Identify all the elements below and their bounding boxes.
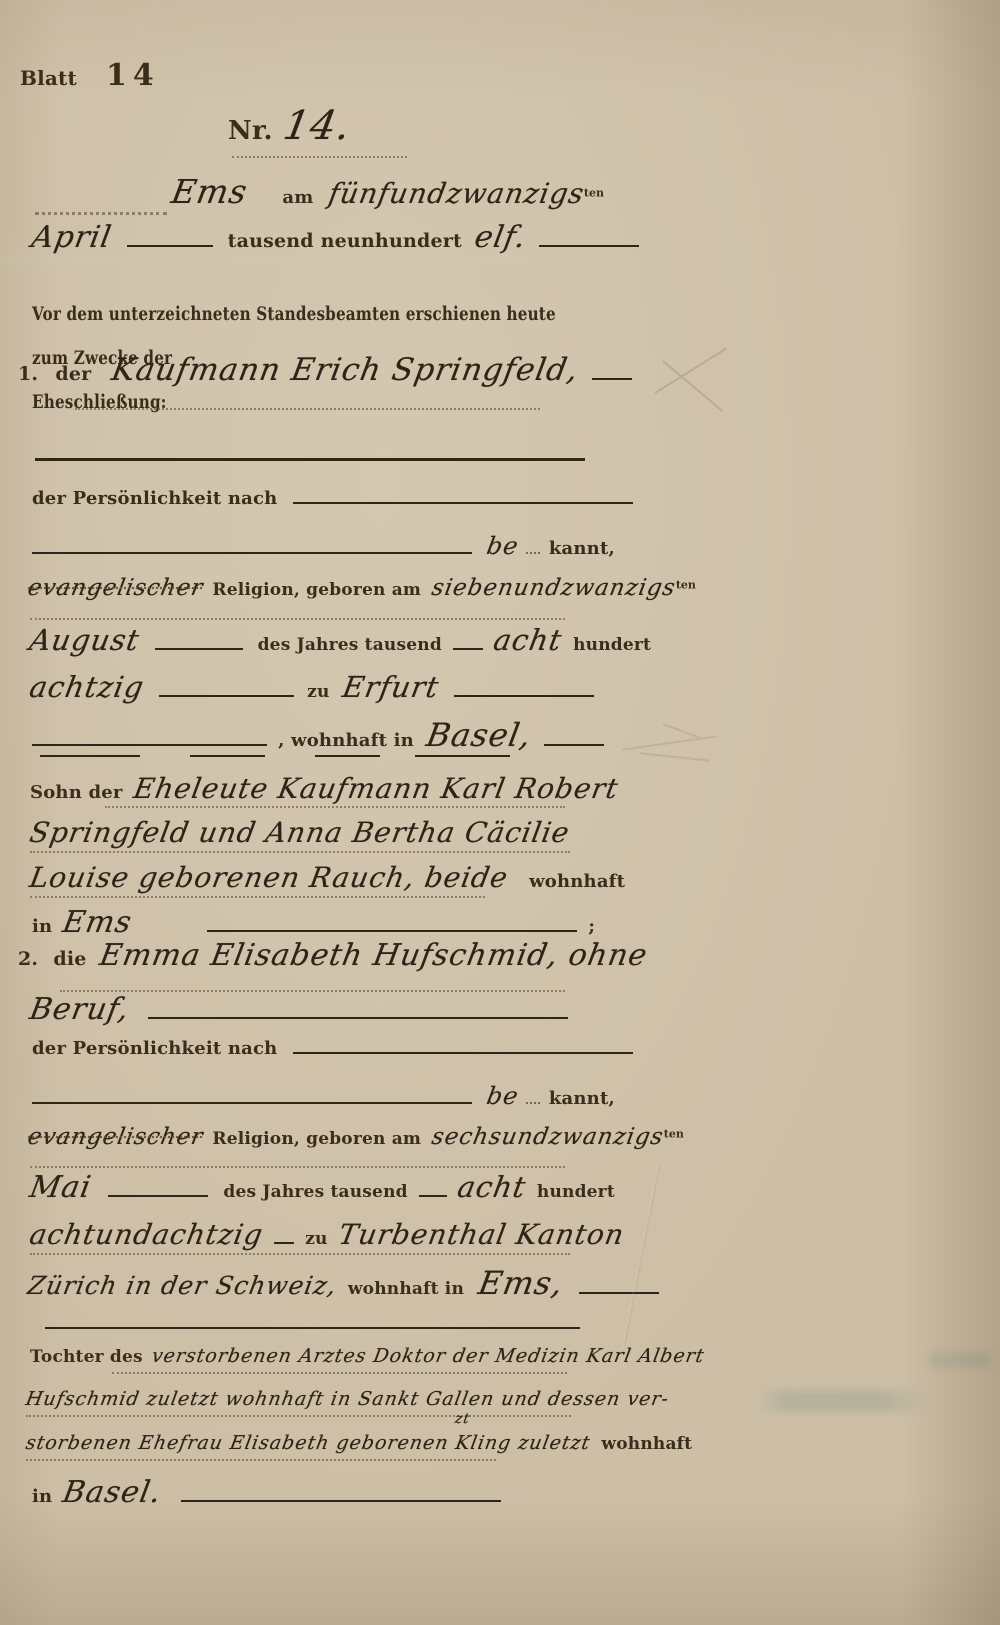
groom-religion: evangelischer: [26, 575, 206, 601]
wohnhaft-label: wohnhaft: [529, 871, 625, 892]
bride-century: acht: [455, 1170, 529, 1204]
blank-rule: [35, 458, 585, 461]
groom-birth-place-line: achtzig zu Erfurt: [30, 670, 594, 704]
insertion-mark-line: zt: [455, 1408, 470, 1427]
tochter-label: Tochter des: [30, 1347, 143, 1367]
ordinal-suffix: ten: [664, 1128, 684, 1141]
ink-bleedthrough: [755, 1390, 925, 1412]
be-hand: be: [485, 1082, 522, 1110]
bride-parents-1: verstorbenen Arztes Doktor der Medizin K…: [150, 1345, 706, 1367]
insertion-mark: zt: [454, 1411, 472, 1427]
date-line-1: Ems am fünfundzwanzigsten: [172, 172, 604, 211]
blank-rule: [108, 1193, 208, 1197]
leader-dots: [35, 212, 167, 215]
groom-article: der: [55, 363, 91, 385]
blank-rule: [315, 755, 380, 757]
bride-parents-3: storbenen Ehefrau Elisabeth geborenen Kl…: [24, 1432, 592, 1454]
blank-rule: [454, 693, 594, 697]
blank-rule: [293, 500, 633, 504]
blank-rule: [32, 550, 472, 554]
leader-dots: [30, 618, 565, 620]
blank-rule: [415, 755, 510, 757]
year-label: des Jahres tausend: [223, 1182, 407, 1202]
bride-occupation-line: Beruf,: [30, 992, 568, 1027]
paper-crease: [622, 1163, 660, 1345]
sheet-header: Blatt 14: [20, 58, 160, 93]
bride-residence: Ems,: [476, 1264, 567, 1302]
groom-parents-line-1: Sohn der Eheleute Kaufmann Karl Robert: [30, 772, 618, 805]
nr-value: 14.: [280, 103, 355, 149]
blank-rule: [40, 755, 140, 757]
blank-rule: [32, 742, 267, 746]
bride-bekannt-line: be kannt,: [32, 1082, 615, 1110]
bride-parents-residence-line: in Basel.: [32, 1475, 501, 1510]
bride-parents-2: Hufschmid zuletzt wohnhaft in Sankt Gall…: [24, 1388, 671, 1410]
blank-rule: [159, 693, 294, 697]
zu-label: zu: [305, 1229, 327, 1249]
bride-birth-day: sechsundzwanzigs: [430, 1124, 666, 1150]
groom-parents-residence: Ems: [60, 905, 135, 940]
blank-rule: [453, 646, 483, 650]
blank-rule: [579, 1290, 659, 1294]
ink-bleedthrough: [930, 1352, 990, 1368]
groom-birth-year-line: August des Jahres tausend acht hundert: [30, 623, 651, 657]
month-word: April: [29, 220, 115, 255]
leader-dots: [30, 1166, 565, 1168]
year-printed-label: tausend neunhundert: [228, 230, 462, 252]
bride-residence-line: Zürich in der Schweiz, wohnhaft in Ems,: [28, 1264, 659, 1302]
blank-rule: [181, 1498, 501, 1502]
groom-birth-day: siebenundzwanzigs: [430, 575, 678, 601]
groom-index: 1.: [18, 363, 38, 385]
ordinal-suffix: ten: [676, 579, 696, 592]
semicolon: ;: [588, 916, 595, 937]
blank-rule: [539, 243, 639, 247]
leader-dots: [526, 550, 540, 554]
bride-parents-line-2: Hufschmid zuletzt wohnhaft in Sankt Gall…: [26, 1388, 669, 1410]
groom-bekannt-line: be kannt,: [32, 532, 615, 560]
groom-parents-line-2: Springfeld und Anna Bertha Cäcilie: [30, 816, 570, 849]
groom-parents-residence-line: in Ems ;: [32, 905, 595, 940]
registry-document-page: Blatt 14 Nr. 14. Ems am fünfundzwanzigst…: [0, 0, 1000, 1625]
groom-decade: achtzig: [27, 670, 147, 704]
bride-religion: evangelischer: [26, 1124, 206, 1150]
bride-index: 2.: [18, 948, 38, 970]
religion-label: Religion, geboren am: [212, 1129, 421, 1149]
groom-residence: Basel,: [424, 716, 535, 754]
blank-rule: [45, 1327, 580, 1329]
leader-dots: [30, 1253, 570, 1255]
ordinal-suffix: ten: [584, 187, 604, 200]
zu-label: zu: [307, 682, 329, 702]
sheet-number: 14: [106, 58, 160, 93]
bride-birth-year-line: Mai des Jahres tausend acht hundert: [30, 1170, 615, 1205]
leader-dots: [30, 896, 485, 898]
wohnhaft-label: , wohnhaft in: [278, 730, 414, 751]
leader-dots: [232, 156, 407, 158]
be-hand: be: [485, 532, 522, 560]
bride-religion-line: evangelischer Religion, geboren am sechs…: [28, 1124, 684, 1150]
kannt-label: kannt,: [549, 1088, 615, 1109]
bride-name: Emma Elisabeth Hufschmid, ohne: [97, 938, 651, 973]
sohn-label: Sohn der: [30, 782, 123, 803]
bride-identity-line: der Persönlichkeit nach: [32, 1038, 633, 1059]
kannt-label: kannt,: [549, 538, 615, 559]
year-word: elf.: [472, 220, 529, 255]
wohnhaft-label: wohnhaft: [601, 1434, 692, 1454]
religion-label: Religion, geboren am: [212, 580, 421, 600]
blank-rule: [32, 1100, 472, 1104]
bride-occupation: Beruf,: [27, 992, 132, 1027]
hundert-label: hundert: [573, 635, 651, 655]
blank-rule: [207, 928, 577, 932]
leader-dots: [26, 1459, 496, 1461]
groom-residence-line: , wohnhaft in Basel,: [32, 716, 604, 754]
blatt-label: Blatt: [20, 66, 77, 90]
leader-dots: [26, 1415, 571, 1417]
date-line-2: April tausend neunhundert elf.: [32, 220, 639, 255]
hundert-label: hundert: [537, 1182, 615, 1202]
record-number-line: Nr. 14.: [228, 103, 350, 149]
year-label: des Jahres tausend: [258, 635, 442, 655]
leader-dots: [30, 851, 570, 853]
registry-place: Ems: [169, 172, 251, 211]
in-label: in: [32, 1486, 52, 1507]
identity-label: der Persönlichkeit nach: [32, 488, 277, 509]
groom-parents-3: Louise geborenen Rauch, beide: [27, 861, 511, 894]
wohnhaft-label: wohnhaft in: [348, 1279, 464, 1299]
in-label: in: [32, 916, 52, 937]
blank-rule: [127, 243, 213, 247]
groom-parents-line-3: Louise geborenen Rauch, beide wohnhaft: [30, 861, 625, 894]
bride-birth-place-line: achtundachtzig zu Turbenthal Kanton: [30, 1218, 624, 1251]
leader-dots: [112, 1372, 567, 1374]
identity-label: der Persönlichkeit nach: [32, 1038, 277, 1059]
groom-parents-1: Eheleute Kaufmann Karl Robert: [131, 772, 621, 805]
leader-dots: [105, 806, 565, 808]
groom-identity-line: der Persönlichkeit nach: [32, 488, 633, 509]
pencil-ghost-mark: [655, 358, 735, 432]
day-word: fünfundzwanzigs: [326, 177, 587, 210]
blank-rule: [155, 646, 243, 650]
groom-religion-line: evangelischer Religion, geboren am siebe…: [28, 575, 696, 601]
blank-rule: [419, 1193, 447, 1197]
blank-rule: [190, 755, 265, 757]
groom-name-line: 1. der Kaufmann Erich Springfeld,: [18, 352, 632, 388]
blank-rule: [544, 742, 604, 746]
am-label: am: [282, 187, 313, 208]
blank-rule: [148, 1015, 568, 1019]
blank-rule: [592, 376, 632, 380]
bride-parents-line-3: storbenen Ehefrau Elisabeth geborenen Kl…: [26, 1432, 692, 1454]
pencil-scribble: [622, 722, 732, 772]
groom-name: Kaufmann Erich Springfeld,: [109, 352, 582, 388]
bride-article: die: [53, 948, 86, 970]
groom-parents-2: Springfeld und Anna Bertha Cäcilie: [27, 816, 572, 849]
bride-parents-residence: Basel.: [60, 1475, 164, 1510]
groom-birth-place: Erfurt: [340, 670, 442, 704]
bride-decade: achtundachtzig: [27, 1218, 266, 1251]
groom-birth-month: August: [27, 623, 142, 657]
bride-name-line: 2. die Emma Elisabeth Hufschmid, ohne: [18, 938, 647, 973]
blank-rule: [274, 1240, 294, 1244]
leader-dots: [526, 1100, 540, 1104]
scan-band: [0, 254, 640, 266]
bride-birth-place: Turbenthal Kanton: [336, 1218, 627, 1251]
bride-birth-month: Mai: [27, 1170, 94, 1205]
leader-dots: [75, 408, 540, 410]
groom-century: acht: [491, 623, 565, 657]
nr-label: Nr.: [228, 116, 273, 146]
bride-birth-place-2: Zürich in der Schweiz,: [25, 1271, 339, 1300]
blank-rule: [293, 1050, 633, 1054]
bride-parents-line-1: Tochter des verstorbenen Arztes Doktor d…: [30, 1345, 704, 1367]
